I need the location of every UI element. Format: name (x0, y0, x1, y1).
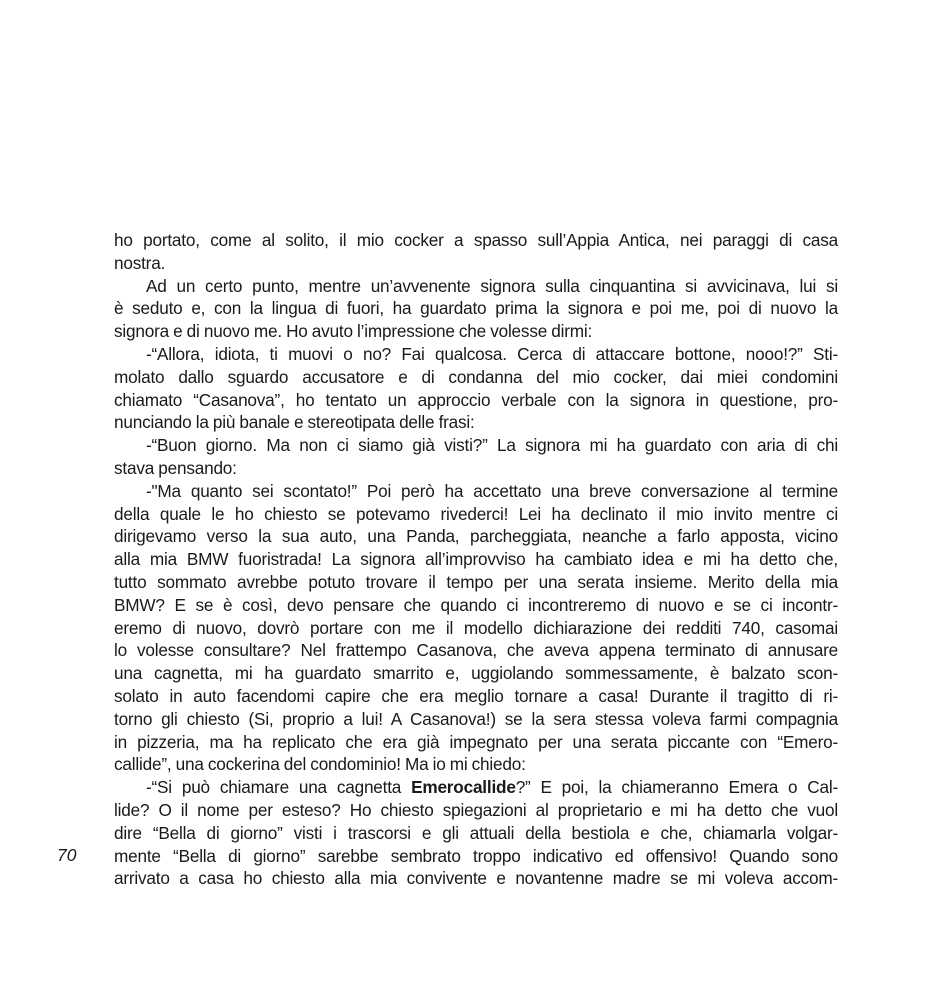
text-line: BMW? E se è così, devo pensare che quand… (114, 594, 838, 617)
text-segment: ?” E poi, la chiameranno Emera o Cal- (516, 777, 838, 797)
text-line: dirigevamo verso la sua auto, una Panda,… (114, 525, 838, 548)
text-line: stava pensando: (114, 457, 838, 480)
text-line: -"Ma quanto sei scontato!” Poi però ha a… (114, 480, 838, 503)
text-line: in pizzeria, ma ha replicato che era già… (114, 731, 838, 754)
text-line: callide”, una cockerina del condominio! … (114, 753, 838, 776)
bold-name-emerocallide: Emerocallide (411, 777, 516, 797)
text-line: molato dallo sguardo accusatore e di con… (114, 366, 838, 389)
text-line: della quale le ho chiesto se potevamo ri… (114, 503, 838, 526)
text-line: è seduto e, con la lingua di fuori, ha g… (114, 297, 838, 320)
text-line: -“Buon giorno. Ma non ci siamo già visti… (114, 434, 838, 457)
text-line: torno gli chiesto (Si, proprio a lui! A … (114, 708, 838, 731)
text-line: Ad un certo punto, mentre un’avvenente s… (114, 275, 838, 298)
text-line: una cagnetta, mi ha guardato smarrito e,… (114, 662, 838, 685)
text-line: mente “Bella di giorno” sarebbe sembrato… (114, 845, 838, 868)
text-line: ho portato, come al solito, il mio cocke… (114, 229, 838, 252)
page-number: 70 (57, 845, 76, 866)
text-line: nostra. (114, 252, 838, 275)
text-line: lide? O il nome per esteso? Ho chiesto s… (114, 799, 838, 822)
text-line: tutto sommato avrebbe potuto trovare il … (114, 571, 838, 594)
text-line: eremo di nuovo, dovrò portare con me il … (114, 617, 838, 640)
text-line: signora e di nuovo me. Ho avuto l’impres… (114, 320, 838, 343)
text-segment: -“Si può chiamare una cagnetta (146, 777, 411, 797)
book-page: ho portato, come al solito, il mio cocke… (0, 0, 942, 1000)
text-line: solato in auto facendomi capire che era … (114, 685, 838, 708)
text-line: alla mia BMW fuoristrada! La signora all… (114, 548, 838, 571)
text-line: chiamato “Casanova”, ho tentato un appro… (114, 389, 838, 412)
text-line: nunciando la più banale e stereotipata d… (114, 411, 838, 434)
text-line-with-bold: -“Si può chiamare una cagnetta Emerocall… (114, 776, 838, 799)
text-line: -“Allora, idiota, ti muovi o no? Fai qua… (114, 343, 838, 366)
text-line: arrivato a casa ho chiesto alla mia conv… (114, 867, 838, 890)
text-line: dire “Bella di giorno” visti i trascorsi… (114, 822, 838, 845)
text-line: lo volesse consultare? Nel frattempo Cas… (114, 639, 838, 662)
body-text: ho portato, come al solito, il mio cocke… (114, 229, 838, 890)
